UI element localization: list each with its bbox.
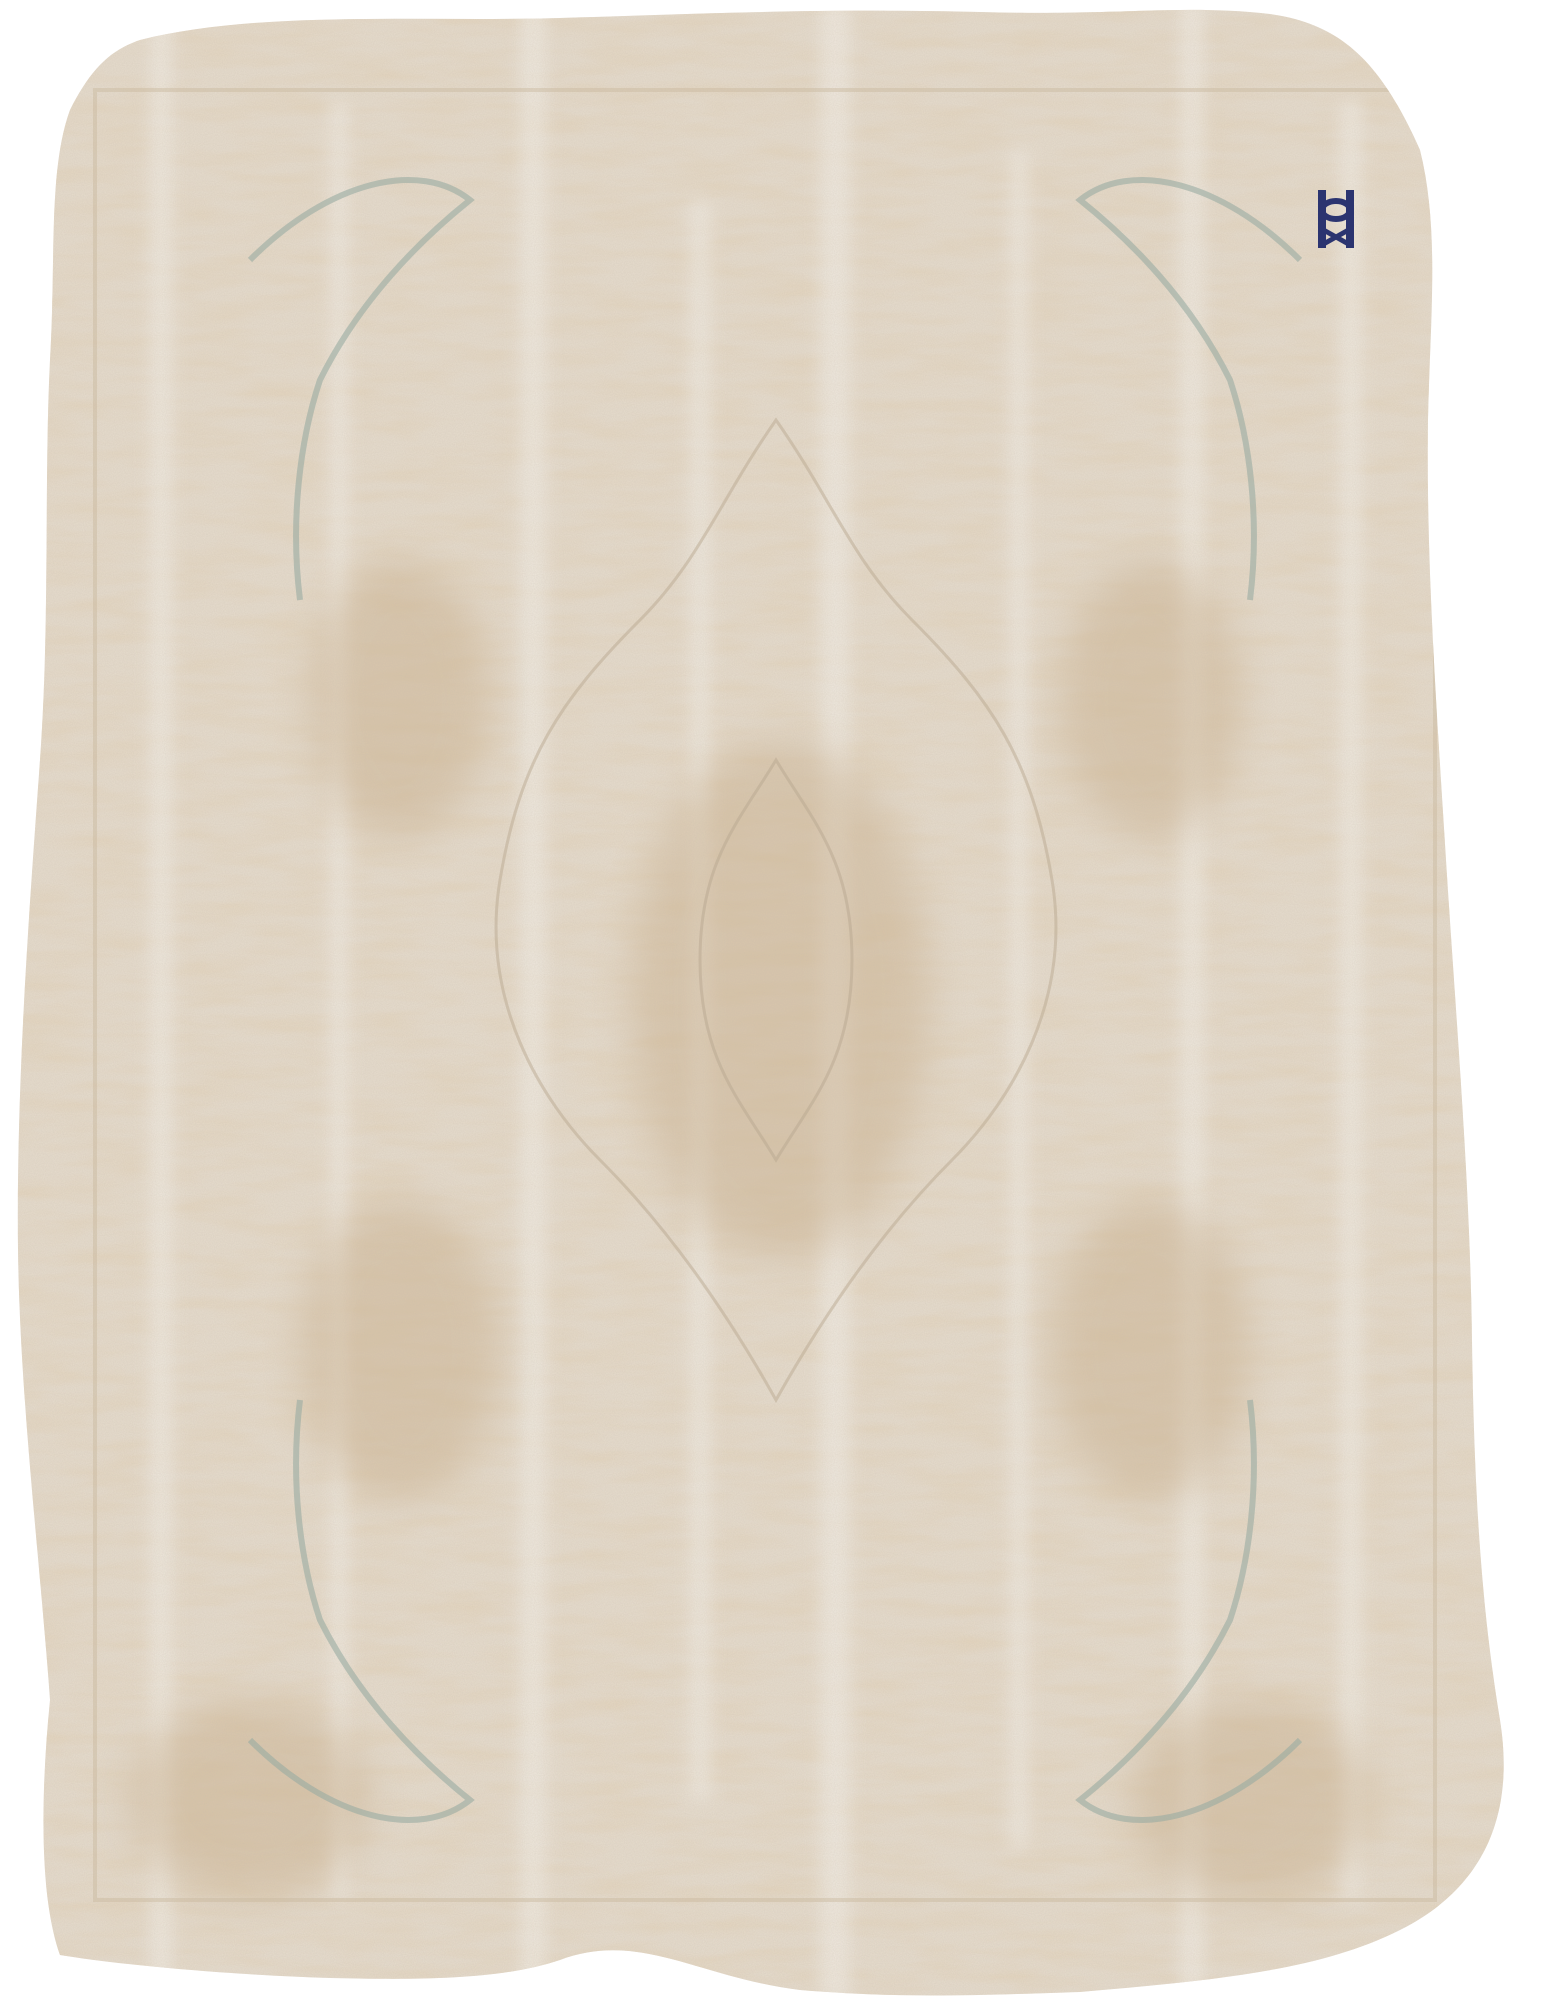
rug-product-image: Distressed vintage area rug with wavy, o… bbox=[0, 0, 1552, 2000]
rug-illustration bbox=[0, 0, 1552, 2000]
